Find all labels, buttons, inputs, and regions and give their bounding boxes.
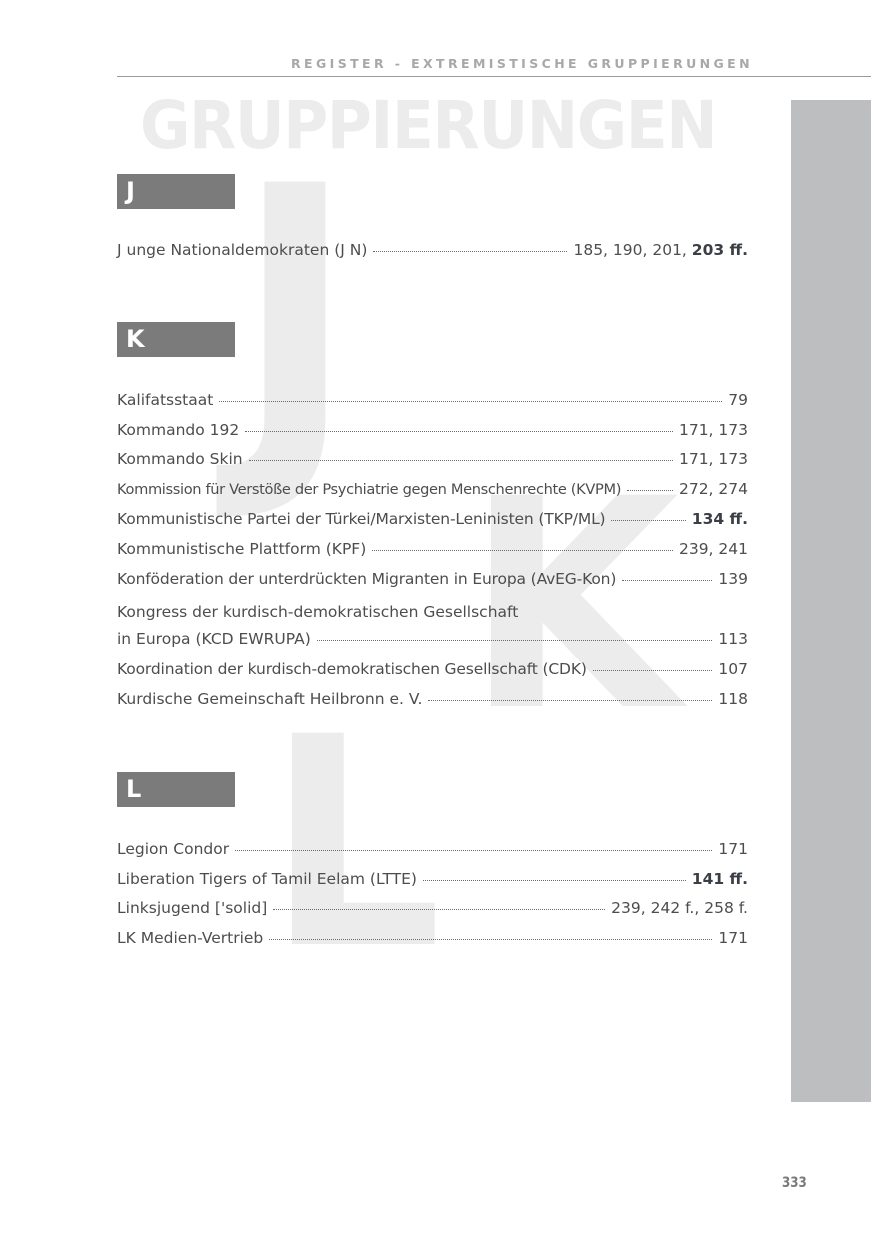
dot-leader [627,489,673,491]
index-entry: Liberation Tigers of Tamil Eelam (LTTE) … [117,870,748,894]
entry-pages: 171, 173 [679,450,748,468]
section-heading-l: L [117,772,235,807]
dot-leader [611,519,685,521]
entry-name: Linksjugend ['solid] [117,899,267,917]
entry-name: Legion Condor [117,840,229,858]
index-entry: Kommando 192 171, 173 [117,421,748,445]
entry-pages: 239, 242 f., 258 f. [611,899,748,917]
entry-pages: 107 [718,660,748,678]
index-entry: in Europa (KCD EWRUPA) 113 [117,630,748,654]
dot-leader [219,400,722,402]
dot-leader [423,879,686,881]
entry-name: Kommission für Verstöße der Psychiatrie … [117,481,621,498]
entry-pages: 171 [718,929,748,947]
index-entry: Legion Condor 171 [117,840,748,864]
entry-pages: 134 ff. [692,510,748,528]
entry-name: Kalifatsstaat [117,391,213,409]
entry-name: Liberation Tigers of Tamil Eelam (LTTE) [117,870,417,888]
section-heading-j: J [117,174,235,209]
index-entry: Kommunistische Plattform (KPF) 239, 241 [117,540,748,564]
entry-pages: 185, 190, 201, 203 ff. [573,241,748,259]
entry-pages: 113 [718,630,748,648]
section-watermark-word: GRUPPIERUNGEN [140,86,716,166]
entry-pages: 79 [728,391,748,409]
entry-name: J unge Nationaldemokraten (J N) [117,241,367,259]
entry-name: Kommunistische Plattform (KPF) [117,540,366,558]
index-entry: LK Medien-Vertrieb 171 [117,929,748,953]
index-entry: Kommission für Verstöße der Psychiatrie … [117,480,748,504]
entry-name: Kommando 192 [117,421,239,439]
entry-pages: 139 [718,570,748,588]
entry-pages: 141 ff. [692,870,748,888]
entry-pages: 239, 241 [679,540,748,558]
entry-name: Kurdische Gemeinschaft Heilbronn e. V. [117,690,422,708]
dot-leader [249,459,673,461]
entry-pages: 171, 173 [679,421,748,439]
entry-name-line1: Kongress der kurdisch-demokratischen Ges… [117,603,518,621]
index-entry: J unge Nationaldemokraten (J N) 185, 190… [117,241,748,265]
entry-name: Konföderation der unterdrückten Migrante… [117,570,616,588]
index-entry: Kurdische Gemeinschaft Heilbronn e. V. 1… [117,690,748,714]
dot-leader [622,579,712,581]
index-entry: Kommunistische Partei der Türkei/Marxist… [117,510,748,534]
side-thumb-tab [791,100,871,1102]
dot-leader [428,699,712,701]
header-rule [117,76,871,77]
index-entry: Koordination der kurdisch-demokratischen… [117,660,748,684]
entry-name: Koordination der kurdisch-demokratischen… [117,660,587,678]
running-head: REGISTER - EXTREMISTISCHE GRUPPIERUNGEN [117,56,753,71]
index-entry: Kommando Skin 171, 173 [117,450,748,474]
entry-pages: 171 [718,840,748,858]
entry-pages: 118 [718,690,748,708]
page-number: 333 [782,1175,807,1191]
watermark-letter-j: J [235,140,356,500]
entry-name: LK Medien-Vertrieb [117,929,263,947]
dot-leader [372,549,673,551]
index-entry: Kalifatsstaat 79 [117,391,748,415]
dot-leader [269,938,712,940]
dot-leader [373,250,567,252]
dot-leader [317,639,713,641]
index-entry: Linksjugend ['solid] 239, 242 f., 258 f. [117,899,748,923]
entry-pages: 272, 274 [679,480,748,498]
entry-name: Kommando Skin [117,450,243,468]
dot-leader [235,849,712,851]
dot-leader [273,908,605,910]
dot-leader [245,430,673,432]
dot-leader [593,669,713,671]
entry-name: Kommunistische Partei der Türkei/Marxist… [117,510,605,528]
entry-name: in Europa (KCD EWRUPA) [117,630,311,648]
section-heading-k: K [117,322,235,357]
index-entry: Konföderation der unterdrückten Migrante… [117,570,748,594]
